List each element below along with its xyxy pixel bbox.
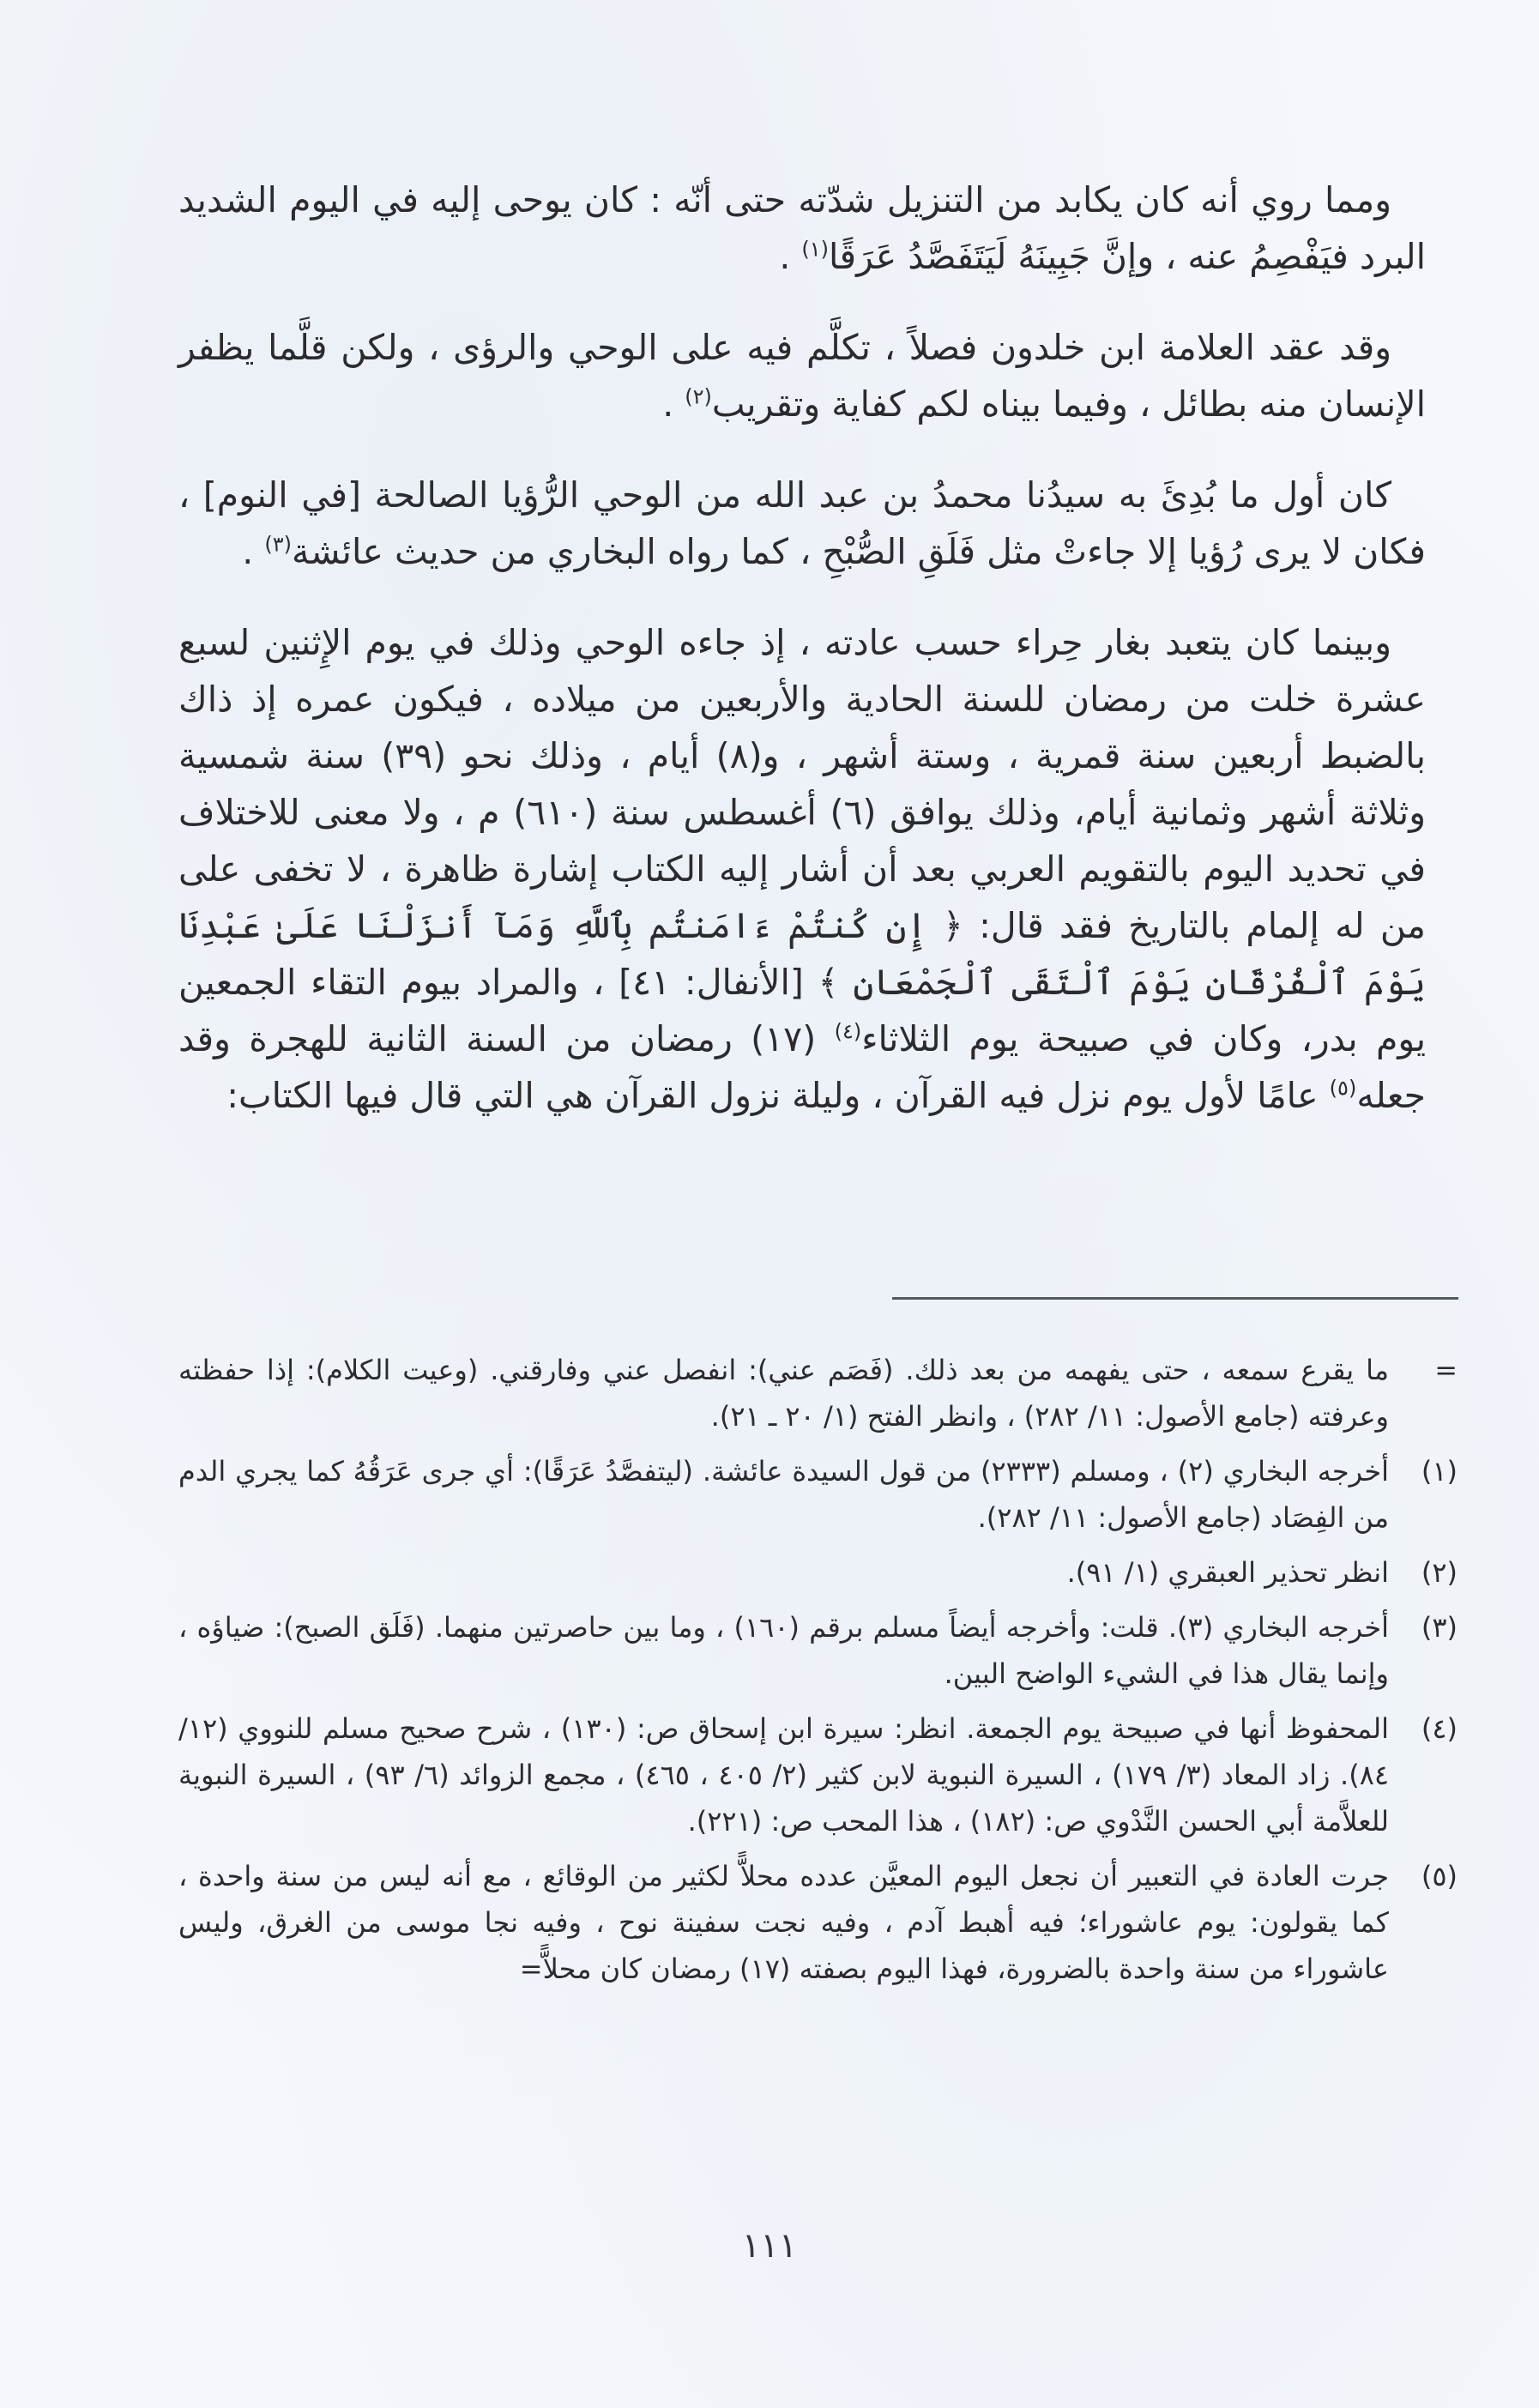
footnote-ref-1[interactable]: (١) [801,237,829,261]
book-page: ومما روي أنه كان يكابد من التنزيل شدّته … [0,0,1539,2408]
paragraph-text: ومما روي أنه كان يكابد من التنزيل شدّته … [178,179,1426,277]
footnote-number: (٥) [1389,1853,1458,1992]
footnote-text: أخرجه البخاري (٣). قلت: وأخرجه أيضاً مسل… [178,1604,1389,1697]
punctuation: . [779,236,801,277]
page-number: ١١١ [0,2226,1539,2266]
punctuation: . [242,531,264,572]
footnote-number: (١) [1389,1448,1458,1541]
main-text-block: ومما روي أنه كان يكابد من التنزيل شدّته … [178,172,1426,1158]
footnote-separator-rule [892,1297,1458,1300]
footnote-continuation: = ما يقرع سمعه ، حتى يفهمه من بعد ذلك. (… [178,1347,1458,1439]
paragraph-4: وبينما كان يتعبد بغار حِراء حسب عادته ، … [178,614,1426,1124]
paragraph-text: عامًا لأول يوم نزل فيه القرآن ، وليلة نز… [226,1075,1329,1116]
paragraph-text: كان أول ما بُدِئَ به سيدُنا محمدُ بن عبد… [178,474,1426,572]
paragraph-2: وقد عقد العلامة ابن خلدون فصلاً ، تكلَّم… [178,319,1426,432]
footnote-2: (٢) انظر تحذير العبقري (١/ ٩١). [178,1549,1458,1596]
footnote-1: (١) أخرجه البخاري (٢) ، ومسلم (٢٣٣٣) من … [178,1448,1458,1541]
footnote-ref-2[interactable]: (٢) [685,384,712,408]
continuation-marker: = [1389,1347,1458,1439]
paragraph-3: كان أول ما بُدِئَ به سيدُنا محمدُ بن عبد… [178,467,1426,580]
footnote-ref-4[interactable]: (٤) [835,1019,862,1043]
paragraph-text: وقد عقد العلامة ابن خلدون فصلاً ، تكلَّم… [178,327,1426,425]
footnote-number: (٣) [1389,1604,1458,1697]
footnote-text: أخرجه البخاري (٢) ، ومسلم (٢٣٣٣) من قول … [178,1448,1389,1541]
footnote-number: (٤) [1389,1705,1458,1844]
footnote-number: (٢) [1389,1549,1458,1596]
footnotes-block: = ما يقرع سمعه ، حتى يفهمه من بعد ذلك. (… [178,1347,1458,2001]
paragraph-1: ومما روي أنه كان يكابد من التنزيل شدّته … [178,172,1426,285]
footnote-4: (٤) المحفوظ أنها في صبيحة يوم الجمعة. ان… [178,1705,1458,1844]
punctuation: . [662,383,685,425]
footnote-5: (٥) جرت العادة في التعبير أن نجعل اليوم … [178,1853,1458,1992]
quran-reference: [الأنفال: ٤١] [619,962,818,1003]
paragraph-text: وبينما كان يتعبد بغار حِراء حسب عادته ، … [178,622,1426,946]
footnote-ref-3[interactable]: (٣) [264,532,292,556]
footnote-text: ما يقرع سمعه ، حتى يفهمه من بعد ذلك. (فَ… [178,1347,1389,1439]
footnote-text: المحفوظ أنها في صبيحة يوم الجمعة. انظر: … [178,1705,1389,1844]
footnote-ref-5[interactable]: (٥) [1330,1076,1357,1100]
footnote-text: جرت العادة في التعبير أن نجعل اليوم المع… [178,1853,1389,1992]
footnote-text: انظر تحذير العبقري (١/ ٩١). [178,1549,1389,1596]
footnote-3: (٣) أخرجه البخاري (٣). قلت: وأخرجه أيضاً… [178,1604,1458,1697]
